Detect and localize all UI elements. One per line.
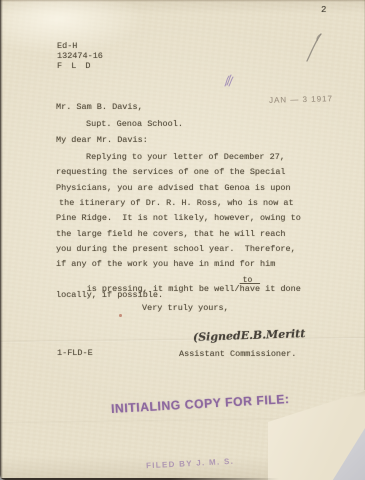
pencil-mark-icon (303, 32, 327, 64)
body-line: Replying to your letter of December 27, (86, 152, 285, 162)
inserted-word: to (243, 276, 253, 285)
signature-stamp: (SignedE.B.Meritt (193, 327, 306, 344)
paper-crease (0, 336, 365, 343)
file-code-line-1: Ed-H (57, 41, 77, 51)
body-line: you during the present school year. Ther… (56, 244, 296, 254)
filed-by-stamp: FILED BY J. M. S. (146, 457, 235, 471)
scan-edge (0, 0, 365, 2)
body-line: the itinerary of Dr. R. H. Ross, who is … (59, 198, 294, 208)
scan-edge (0, 0, 3, 480)
purple-scribble-icon (222, 72, 236, 88)
recipient-name: Mr. Sam B. Davis, (56, 102, 143, 112)
signer-title: Assistant Commissioner. (179, 349, 296, 359)
correction-overlined: have (240, 284, 260, 294)
file-code-line-3: F L D (57, 61, 93, 71)
correction-wrap: tohave (240, 284, 260, 294)
file-reference: 1-FLD-E (57, 348, 93, 358)
closing-line: Very truly yours, (142, 303, 229, 313)
letter-body: Replying to your letter of December 27, … (56, 152, 316, 312)
body-line: the large field he covers, that he will … (56, 229, 286, 239)
body-line: requesting the services of one of the Sp… (56, 167, 286, 177)
letter-page: 2 Ed-H 132474-16 F L D JAN — 3 1917 Mr. … (0, 0, 365, 480)
page-number: 2 (321, 5, 326, 15)
body-line: Pine Ridge. It is not likely, however, o… (56, 213, 301, 223)
file-code-line-2: 132474-16 (57, 51, 103, 61)
body-line: locally, if possible. (56, 290, 163, 300)
red-ink-dot (119, 314, 122, 317)
recipient-title: Supt. Genoa School. (86, 119, 183, 129)
body-line: Physicians, you are advised that Genoa i… (56, 183, 291, 193)
date-stamp: JAN — 3 1917 (269, 94, 333, 105)
paper-crease (0, 418, 300, 424)
initialing-copy-stamp: INITIALING COPY FOR FILE: (111, 392, 290, 416)
body-line: if any of the work you have in mind for … (56, 259, 275, 269)
correction-rest: it done (260, 284, 301, 294)
salutation: My dear Mr. Davis: (56, 135, 148, 145)
